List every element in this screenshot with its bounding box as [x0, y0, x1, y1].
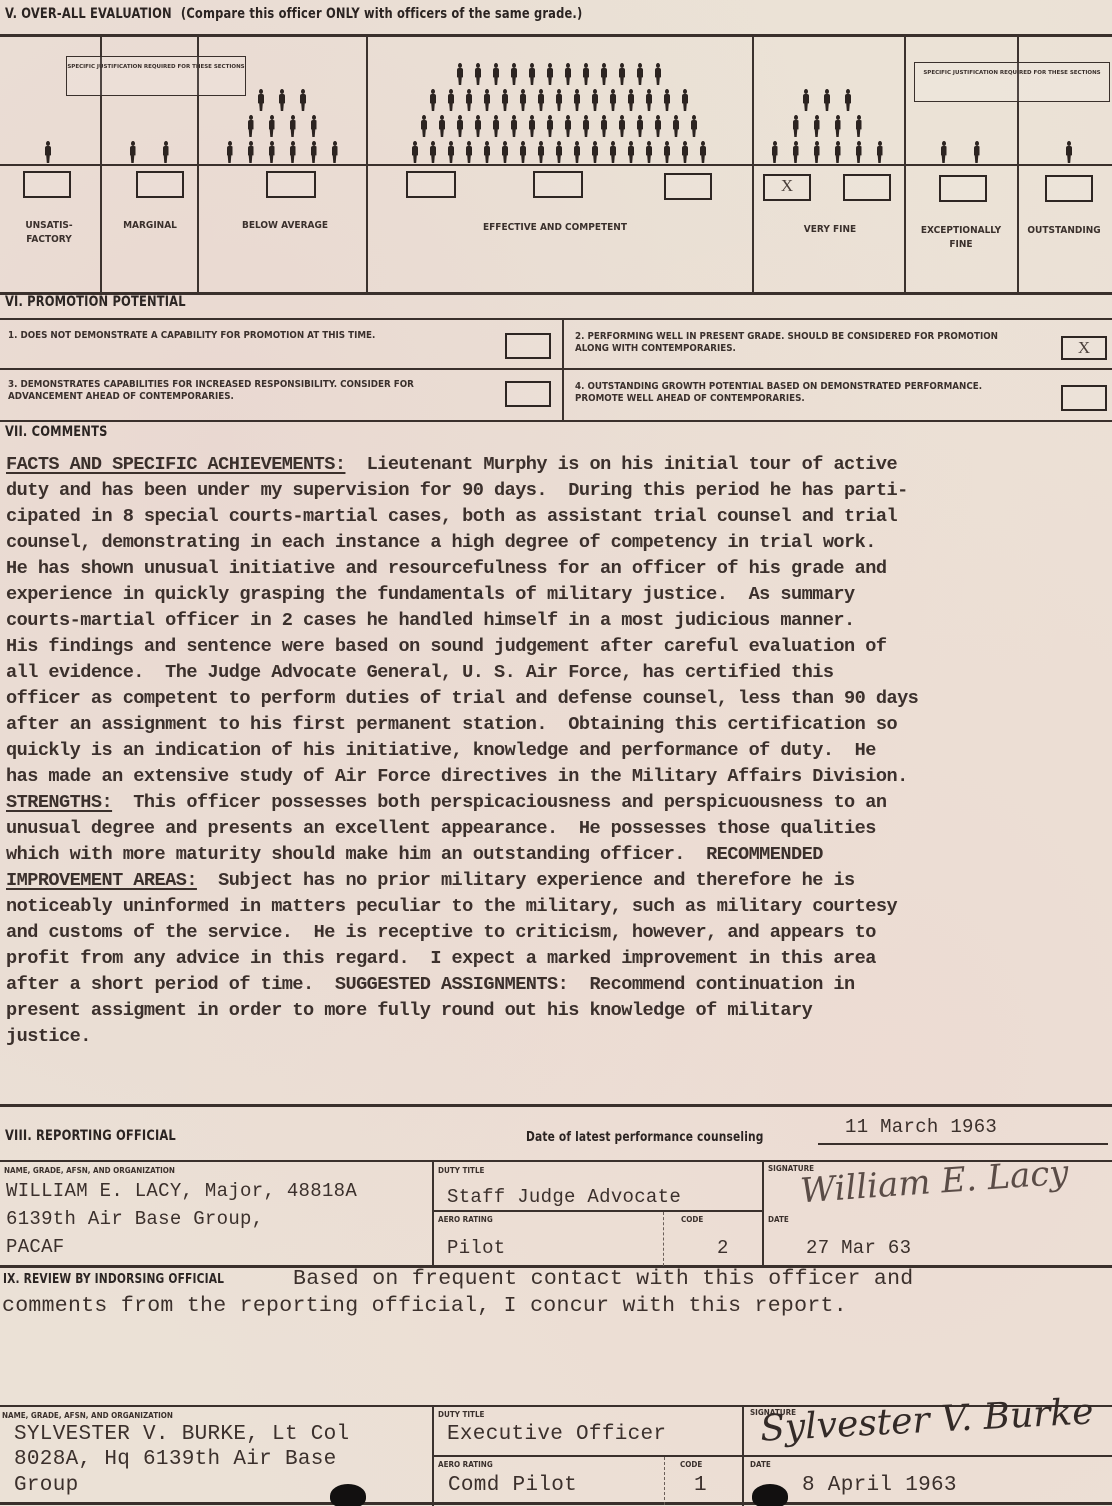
indorsing-aero-rating: Comd Pilot: [448, 1474, 577, 1497]
person-icon: [845, 89, 851, 111]
reporting-aero-rating: Pilot: [447, 1237, 506, 1259]
person-icon: [941, 141, 947, 163]
comment-text: unusual degree and presents an excellent…: [6, 818, 876, 839]
column-divider: [742, 1406, 744, 1506]
comment-heading: STRENGTHS:: [6, 792, 112, 813]
comment-text: after an assignment to his first permane…: [6, 714, 897, 735]
comment-line: noticeably uninformed in matters peculia…: [6, 894, 1112, 920]
person-icon: [269, 115, 275, 137]
person-icon: [610, 141, 616, 163]
person-icon: [574, 141, 580, 163]
comment-heading: IMPROVEMENT AREAS:: [6, 870, 197, 891]
comment-line: STRENGTHS: This officer possesses both p…: [6, 790, 1112, 816]
person-icon: [824, 89, 830, 111]
section-ix-title: IX. REVIEW BY INDORSING OFFICIAL: [3, 1272, 224, 1287]
indorsing-name-line-2: 8028A, Hq 6139th Air Base: [14, 1448, 337, 1471]
code-label: CODE: [681, 1215, 703, 1224]
person-icon: [547, 115, 553, 137]
column-divider: [562, 319, 564, 421]
comment-line: quickly is an indication of his initiati…: [6, 738, 1112, 764]
comment-text: has made an extensive study of Air Force…: [6, 766, 908, 787]
comment-text: cipated in 8 special courts-martial case…: [6, 506, 897, 527]
comment-line: experience in quickly grasping the funda…: [6, 582, 1112, 608]
comment-line: justice.: [6, 1024, 1112, 1050]
person-icon: [772, 141, 778, 163]
divider: [0, 420, 1112, 422]
indorsing-name-line-3: Group: [14, 1474, 79, 1497]
person-icon: [457, 115, 463, 137]
comment-line: counsel, demonstrating in each instance …: [6, 530, 1112, 556]
person-icon: [655, 63, 661, 85]
person-icon: [682, 141, 688, 163]
comment-line: His findings and sentence were based on …: [6, 634, 1112, 660]
person-icon: [814, 141, 820, 163]
comment-text: profit from any advice in this regard. I…: [6, 948, 876, 969]
comment-line: after an assignment to his first permane…: [6, 712, 1112, 738]
person-icon: [258, 89, 264, 111]
person-icon: [529, 115, 535, 137]
person-icon: [556, 89, 562, 111]
indorsement-text-line-2: comments from the reporting official, I …: [2, 1294, 847, 1318]
comment-text: after a short period of time. SUGGESTED …: [6, 974, 855, 995]
code-divider: [663, 1212, 664, 1266]
person-icon: [619, 63, 625, 85]
comment-line: IMPROVEMENT AREAS: Subject has no prior …: [6, 868, 1112, 894]
person-icon: [520, 141, 526, 163]
person-icon: [664, 141, 670, 163]
column-divider: [762, 1161, 764, 1266]
person-icon: [700, 141, 706, 163]
promotion-option-3-text: 3. DEMONSTRATES CAPABILITIES FOR INCREAS…: [8, 379, 440, 403]
comment-line: after a short period of time. SUGGESTED …: [6, 972, 1112, 998]
person-icon: [502, 141, 508, 163]
comment-text: which with more maturity should make him…: [6, 844, 823, 865]
comment-text: justice.: [6, 1026, 91, 1047]
person-icon: [227, 141, 233, 163]
rating-box-below-average[interactable]: [266, 171, 316, 198]
reporting-duty-title: Staff Judge Advocate: [447, 1186, 681, 1208]
person-icon: [475, 115, 481, 137]
comment-line: profit from any advice in this regard. I…: [6, 946, 1112, 972]
person-icon: [484, 89, 490, 111]
comment-text: Subject has no prior military experience…: [197, 870, 855, 891]
person-icon: [814, 115, 820, 137]
person-icon: [332, 141, 338, 163]
comment-line: present assigment in order to more fully…: [6, 998, 1112, 1024]
person-icon: [574, 89, 580, 111]
person-icon: [646, 89, 652, 111]
divider: [0, 1502, 1112, 1505]
comment-line: duty and has been under my supervision f…: [6, 478, 1112, 504]
comment-text: counsel, demonstrating in each instance …: [6, 532, 876, 553]
person-icon: [529, 63, 535, 85]
ink-blot: [330, 1484, 366, 1506]
category-label-exceptionally-fine: EXCEPTIONALLY FINE: [912, 224, 1011, 252]
rating-box-very-fine-2[interactable]: [843, 174, 891, 201]
person-icon: [538, 89, 544, 111]
person-icon: [511, 115, 517, 137]
category-label-effective-competent: EFFECTIVE AND COMPETENT: [434, 221, 677, 235]
person-icon: [583, 115, 589, 137]
rating-box-effective-2[interactable]: [533, 171, 583, 198]
person-icon: [430, 89, 436, 111]
comment-heading: FACTS AND SPECIFIC ACHIEVEMENTS:: [6, 454, 345, 475]
person-icon: [637, 115, 643, 137]
person-icon: [565, 63, 571, 85]
comment-line: which with more maturity should make him…: [6, 842, 1112, 868]
reporting-name-line-2: 6139th Air Base Group,: [6, 1208, 263, 1230]
rating-box-outstanding[interactable]: [1045, 175, 1093, 202]
person-icon: [856, 115, 862, 137]
comment-text: and customs of the service. He is recept…: [6, 922, 876, 943]
person-icon: [628, 141, 634, 163]
person-icon: [835, 115, 841, 137]
person-icon: [448, 89, 454, 111]
reporting-name-line-1: WILLIAM E. LACY, Major, 48818A: [6, 1180, 357, 1202]
divider: [432, 1455, 1112, 1457]
comment-text: noticeably uninformed in matters peculia…: [6, 896, 897, 917]
indorsement-text-line-1: Based on frequent contact with this offi…: [293, 1267, 914, 1291]
promotion-option-1-checkbox[interactable]: [505, 333, 551, 359]
comment-line: cipated in 8 special courts-martial case…: [6, 504, 1112, 530]
comment-line: has made an extensive study of Air Force…: [6, 764, 1112, 790]
person-icon: [619, 115, 625, 137]
indorsing-duty-title: Executive Officer: [447, 1423, 666, 1446]
comment-line: He has shown unusual initiative and reso…: [6, 556, 1112, 582]
person-icon: [673, 115, 679, 137]
person-icon: [290, 141, 296, 163]
column-divider: [432, 1406, 434, 1506]
category-label-marginal: MARGINAL: [114, 219, 186, 233]
person-icon: [565, 115, 571, 137]
person-icon: [475, 63, 481, 85]
category-label-outstanding: OUTSTANDING: [1019, 224, 1109, 238]
person-icon: [248, 115, 254, 137]
promotion-option-4-text: 4. OUTSTANDING GROWTH POTENTIAL BASED ON…: [575, 381, 1007, 405]
person-icon: [655, 115, 661, 137]
promotion-option-3-checkbox[interactable]: [505, 381, 551, 407]
code-divider: [664, 1457, 665, 1505]
indorsing-code: 1: [694, 1474, 707, 1497]
divider: [432, 1210, 762, 1212]
divider: [0, 318, 1112, 320]
person-icon: [628, 89, 634, 111]
promotion-option-2-checkbox[interactable]: X: [1061, 336, 1107, 360]
reporting-code: 2: [717, 1237, 729, 1259]
indorsing-signature: Sylvester V. Burke: [759, 1391, 1094, 1449]
indorsing-name-line-1: SYLVESTER V. BURKE, Lt Col: [14, 1423, 349, 1446]
comment-text: This officer possesses both perspicaciou…: [112, 792, 886, 813]
person-icon: [793, 115, 799, 137]
comments-body: FACTS AND SPECIFIC ACHIEVEMENTS: Lieuten…: [6, 452, 1112, 1050]
divider: [0, 368, 1112, 370]
duty-title-label: DUTY TITLE: [438, 1166, 484, 1175]
counseling-date-underline: [818, 1143, 1108, 1145]
person-icon: [163, 141, 169, 163]
person-icon: [439, 115, 445, 137]
aero-rating-label: AERO RATING: [438, 1460, 493, 1469]
counseling-date-value: 11 March 1963: [845, 1116, 997, 1138]
comment-text: courts-martial officer in 2 cases he han…: [6, 610, 855, 631]
category-label-below-average: BELOW AVERAGE: [222, 219, 348, 233]
reporting-date: 27 Mar 63: [806, 1237, 911, 1259]
person-icon: [493, 115, 499, 137]
date-label: DATE: [768, 1215, 789, 1224]
ink-blot: [752, 1484, 788, 1506]
section-vii-title: VII. COMMENTS: [5, 424, 108, 440]
person-icon: [583, 63, 589, 85]
person-icon: [556, 141, 562, 163]
person-icon: [311, 115, 317, 137]
comment-line: all evidence. The Judge Advocate General…: [6, 660, 1112, 686]
comment-line: FACTS AND SPECIFIC ACHIEVEMENTS: Lieuten…: [6, 452, 1112, 478]
person-icon: [300, 89, 306, 111]
comment-text: present assigment in order to more fully…: [6, 1000, 812, 1021]
person-icon: [691, 115, 697, 137]
code-label: CODE: [680, 1460, 702, 1469]
person-icon: [130, 141, 136, 163]
comment-text: He has shown unusual initiative and reso…: [6, 558, 886, 579]
aero-rating-label: AERO RATING: [438, 1215, 493, 1224]
person-icon: [682, 89, 688, 111]
rating-box-exceptionally-fine[interactable]: [939, 175, 987, 202]
person-icon: [457, 63, 463, 85]
rating-box-marginal[interactable]: [136, 171, 184, 198]
divider: [0, 1104, 1112, 1107]
reporting-name-line-3: PACAF: [6, 1236, 65, 1258]
person-icon: [311, 141, 317, 163]
person-icon: [877, 141, 883, 163]
person-icon: [466, 89, 472, 111]
name-field-label: NAME, GRADE, AFSN, AND ORGANIZATION: [2, 1411, 173, 1420]
person-icon: [279, 89, 285, 111]
person-icon: [601, 115, 607, 137]
person-icon: [646, 141, 652, 163]
rating-box-unsatisfactory[interactable]: [23, 171, 71, 198]
person-icon: [511, 63, 517, 85]
person-icon: [856, 141, 862, 163]
person-icon: [637, 63, 643, 85]
category-label-very-fine: VERY FINE: [776, 223, 884, 237]
comment-line: courts-martial officer in 2 cases he han…: [6, 608, 1112, 634]
person-icon: [547, 63, 553, 85]
comment-text: duty and has been under my supervision f…: [6, 480, 908, 501]
person-icon: [45, 141, 51, 163]
person-icon: [664, 89, 670, 111]
person-icon: [835, 141, 841, 163]
rating-box-effective-3[interactable]: [664, 173, 712, 200]
person-icon: [430, 141, 436, 163]
comment-text: quickly is an indication of his initiati…: [6, 740, 876, 761]
promotion-option-2-text: 2. PERFORMING WELL IN PRESENT GRADE. SHO…: [575, 331, 1007, 355]
rating-box-very-fine-1[interactable]: X: [763, 174, 811, 201]
person-icon: [448, 141, 454, 163]
person-icon: [538, 141, 544, 163]
column-divider: [432, 1161, 434, 1266]
person-icon: [290, 115, 296, 137]
indorsing-date: 8 April 1963: [802, 1474, 957, 1497]
person-icon: [974, 141, 980, 163]
promotion-option-1-text: 1. DOES NOT DEMONSTRATE A CAPABILITY FOR…: [8, 330, 440, 342]
name-field-label: NAME, GRADE, AFSN, AND ORGANIZATION: [4, 1166, 175, 1175]
comment-line: and customs of the service. He is recept…: [6, 920, 1112, 946]
counseling-date-label: Date of latest performance counseling: [526, 1130, 764, 1145]
promotion-option-4-checkbox[interactable]: [1061, 385, 1107, 411]
rating-box-effective-1[interactable]: [406, 171, 456, 198]
person-icon: [520, 89, 526, 111]
person-icon: [248, 141, 254, 163]
comment-text: all evidence. The Judge Advocate General…: [6, 662, 833, 683]
person-icon: [610, 89, 616, 111]
category-label-unsatisfactory: UNSATIS- FACTORY: [14, 219, 84, 247]
person-icon: [412, 141, 418, 163]
distribution-pictogram: [0, 0, 1112, 165]
section-vi-title: VI. PROMOTION POTENTIAL: [5, 294, 186, 310]
person-icon: [466, 141, 472, 163]
duty-title-label: DUTY TITLE: [438, 1410, 484, 1419]
section-viii-title: VIII. REPORTING OFFICIAL: [5, 1128, 176, 1144]
person-icon: [502, 89, 508, 111]
person-icon: [1066, 141, 1072, 163]
person-icon: [793, 141, 799, 163]
comment-text: experience in quickly grasping the funda…: [6, 584, 855, 605]
person-icon: [592, 89, 598, 111]
person-icon: [803, 89, 809, 111]
comment-text: officer as competent to perform duties o…: [6, 688, 918, 709]
person-icon: [484, 141, 490, 163]
person-icon: [421, 115, 427, 137]
date-label: DATE: [750, 1460, 771, 1469]
person-icon: [269, 141, 275, 163]
person-icon: [592, 141, 598, 163]
comment-text: His findings and sentence were based on …: [6, 636, 886, 657]
person-icon: [493, 63, 499, 85]
comment-text: Lieutenant Murphy is on his initial tour…: [345, 454, 897, 475]
person-icon: [601, 63, 607, 85]
comment-line: officer as competent to perform duties o…: [6, 686, 1112, 712]
comment-line: unusual degree and presents an excellent…: [6, 816, 1112, 842]
